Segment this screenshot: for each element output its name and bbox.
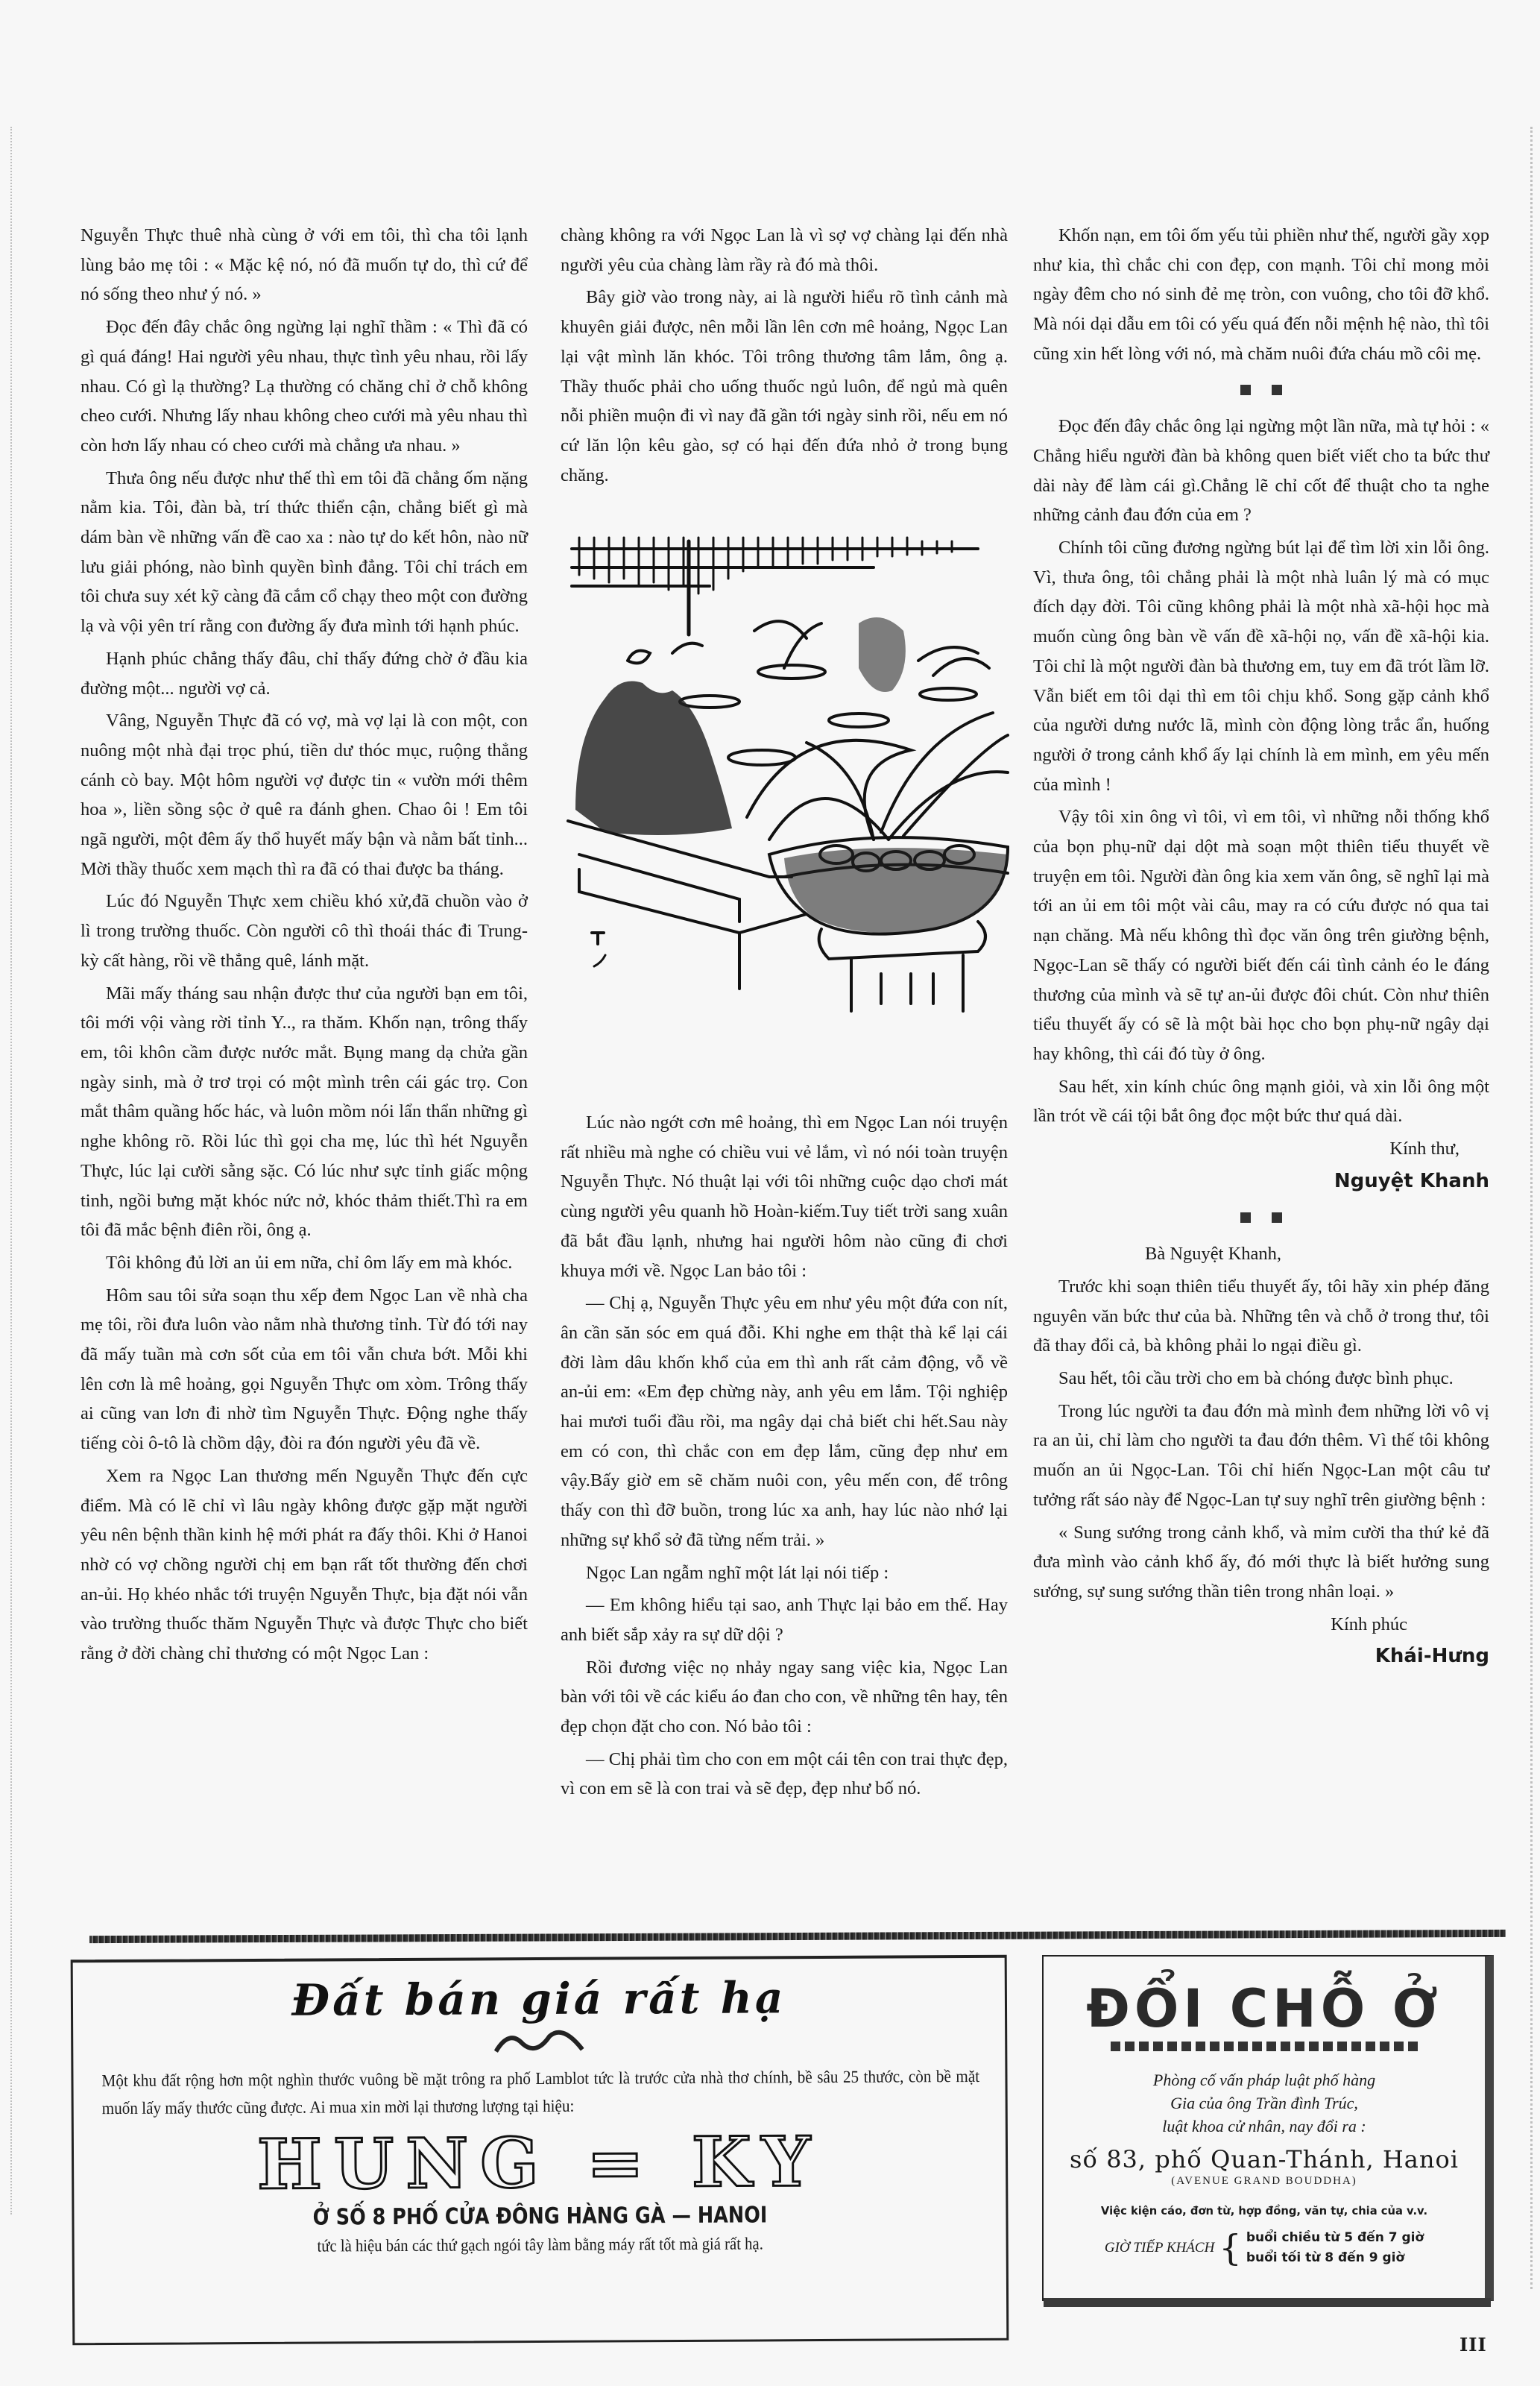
paragraph: Rồi đương việc nọ nhảy ngay sang việc ki… [561, 1653, 1008, 1742]
scan-edge-left [10, 127, 16, 2215]
article-column-2-top: chàng không ra với Ngọc Lan là vì sợ vợ … [561, 221, 1008, 493]
reply-closing: Kính phúc [1033, 1610, 1489, 1640]
reply-salutation: Bà Nguyệt Khanh, [1033, 1239, 1489, 1269]
page-number: III [1459, 2334, 1487, 2355]
ad-title: ĐỔI CHỖ Ở [1044, 1979, 1485, 2039]
divider-square-icon [1272, 1212, 1282, 1223]
ad-hours: GIỜ TIẾP KHÁCH { buổi chiều từ 5 đến 7 g… [1044, 2228, 1485, 2268]
paragraph: Xem ra Ngọc Lan thương mến Nguyễn Thực đ… [81, 1461, 528, 1669]
paragraph: — Chị phải tìm cho con em một cái tên co… [561, 1745, 1008, 1804]
paragraph: « Sung sướng trong cảnh khổ, và mỉm cười… [1033, 1518, 1489, 1607]
paragraph: Mãi mấy tháng sau nhận được thư của ngườ… [81, 979, 528, 1245]
article-column-1: Nguyễn Thực thuê nhà cùng ở với em tôi, … [81, 221, 528, 1672]
wave-ornament-icon [494, 2027, 584, 2055]
paragraph: Trong lúc người ta đau đớn mà mình đem n… [1033, 1397, 1489, 1515]
paragraph: Sau hết, xin kính chúc ông mạnh giỏi, và… [1033, 1072, 1489, 1131]
ad-section-rule [89, 1930, 1506, 1943]
article-column-3: Khốn nạn, em tôi ốm yếu tủi phiền như th… [1033, 221, 1489, 1675]
ad-line: Phòng cố vấn pháp luật phố hàng [1044, 2068, 1485, 2091]
paragraph: Trước khi soạn thiên tiểu thuyết ấy, tôi… [1033, 1272, 1489, 1361]
paragraph: Lúc nào ngớt cơn mê hoảng, thì em Ngọc L… [561, 1108, 1008, 1285]
paragraph: — Em không hiểu tại sao, anh Thực lại bả… [561, 1590, 1008, 1649]
paragraph: Đọc đến đây chắc ông lại ngừng một lần n… [1033, 412, 1489, 530]
section-divider [1033, 375, 1489, 405]
paragraph: Hôm sau tôi sửa soạn thu xếp đem Ngọc La… [81, 1281, 528, 1458]
hours-label: GIỜ TIẾP KHÁCH [1105, 2240, 1214, 2256]
reply-signature: Khái-Hưng [1033, 1642, 1489, 1672]
ad-avenue: (AVENUE GRAND BOUDDHA) [1044, 2175, 1485, 2188]
scan-edge-right [1524, 127, 1533, 2289]
divider-square-icon [1240, 385, 1251, 395]
paragraph: Ngọc Lan ngẫm nghĩ một lát lại nói tiếp … [561, 1558, 1008, 1588]
paragraph: Thưa ông nếu được như thế thì em tôi đã … [81, 464, 528, 641]
section-divider [1033, 1203, 1489, 1233]
paragraph: Vâng, Nguyễn Thực đã có vợ, mà vợ lại là… [81, 706, 528, 884]
letter-closing: Kính thư, [1033, 1134, 1489, 1164]
relocation-ad: ĐỔI CHỖ Ở Phòng cố vấn pháp luật phố hàn… [1042, 1955, 1494, 2301]
paragraph: Hạnh phúc chẳng thấy đâu, chỉ thấy đứng … [81, 644, 528, 703]
brace-icon: { [1219, 2230, 1242, 2266]
ad-address: số 83, phố Quan-Thánh, Hanoi [1044, 2145, 1485, 2173]
paragraph: Khốn nạn, em tôi ốm yếu tủi phiền như th… [1033, 221, 1489, 369]
ad-body: Một khu đất rộng hơn một nghìn thước vuô… [101, 2062, 979, 2122]
ad-footer: tức là hiệu bán các thứ gạch ngói tây là… [121, 2233, 959, 2257]
ad-title: Đất bán giá rất hạ [73, 1971, 1005, 2027]
ad-line: luật khoa cử nhân, nay đổi ra : [1044, 2115, 1485, 2138]
ad-bottom-rule [1044, 2298, 1491, 2307]
ad-services: Việc kiện cáo, đơn từ, hợp đồng, văn tự,… [1055, 2204, 1474, 2217]
paragraph: Tôi không đủ lời an ủi em nữa, chỉ ôm lấ… [81, 1248, 528, 1278]
potted-plants-drawing-icon [561, 526, 1015, 1093]
letter-signature: Nguyệt Khanh [1033, 1167, 1489, 1197]
hours-item: buổi tối từ 8 đến 9 giờ [1246, 2248, 1424, 2268]
hours-item: buổi chiều từ 5 đến 7 giờ [1246, 2228, 1424, 2248]
paragraph: Sau hết, tôi cầu trời cho em bà chóng đư… [1033, 1364, 1489, 1394]
square-ornament-row-icon [1044, 2042, 1485, 2053]
paragraph: — Chị ạ, Nguyễn Thực yêu em như yêu một … [561, 1288, 1008, 1555]
ad-line: Gia của ông Trần đình Trúc, [1044, 2091, 1485, 2115]
paragraph: Vậy tôi xin ông vì tôi, vì em tôi, vì nh… [1033, 802, 1489, 1068]
paragraph: Lúc đó Nguyễn Thực xem chiều khó xử,đã c… [81, 887, 528, 975]
ad-brand: HUNG = KY [74, 2124, 1006, 2203]
plant-illustration [561, 526, 1015, 1093]
paragraph: Chính tôi cũng đương ngừng bút lại để tì… [1033, 533, 1489, 799]
divider-square-icon [1240, 1212, 1251, 1223]
land-sale-ad: Đất bán giá rất hạ Một khu đất rộng hơn … [71, 1955, 1009, 2346]
paragraph: Đọc đến đây chắc ông ngừng lại nghĩ thầm… [81, 312, 528, 461]
paragraph: Nguyễn Thực thuê nhà cùng ở với em tôi, … [81, 221, 528, 309]
ad-address: Ở SỐ 8 PHỐ CỬA ĐÔNG HÀNG GÀ — HANOI [144, 2201, 936, 2232]
hours-list: buổi chiều từ 5 đến 7 giờ buổi tối từ 8 … [1246, 2228, 1424, 2268]
paragraph: Bây giờ vào trong này, ai là người hiểu … [561, 283, 1008, 490]
divider-square-icon [1272, 385, 1282, 395]
article-column-2-bottom: Lúc nào ngớt cơn mê hoảng, thì em Ngọc L… [561, 1108, 1008, 1807]
paragraph: chàng không ra với Ngọc Lan là vì sợ vợ … [561, 221, 1008, 280]
